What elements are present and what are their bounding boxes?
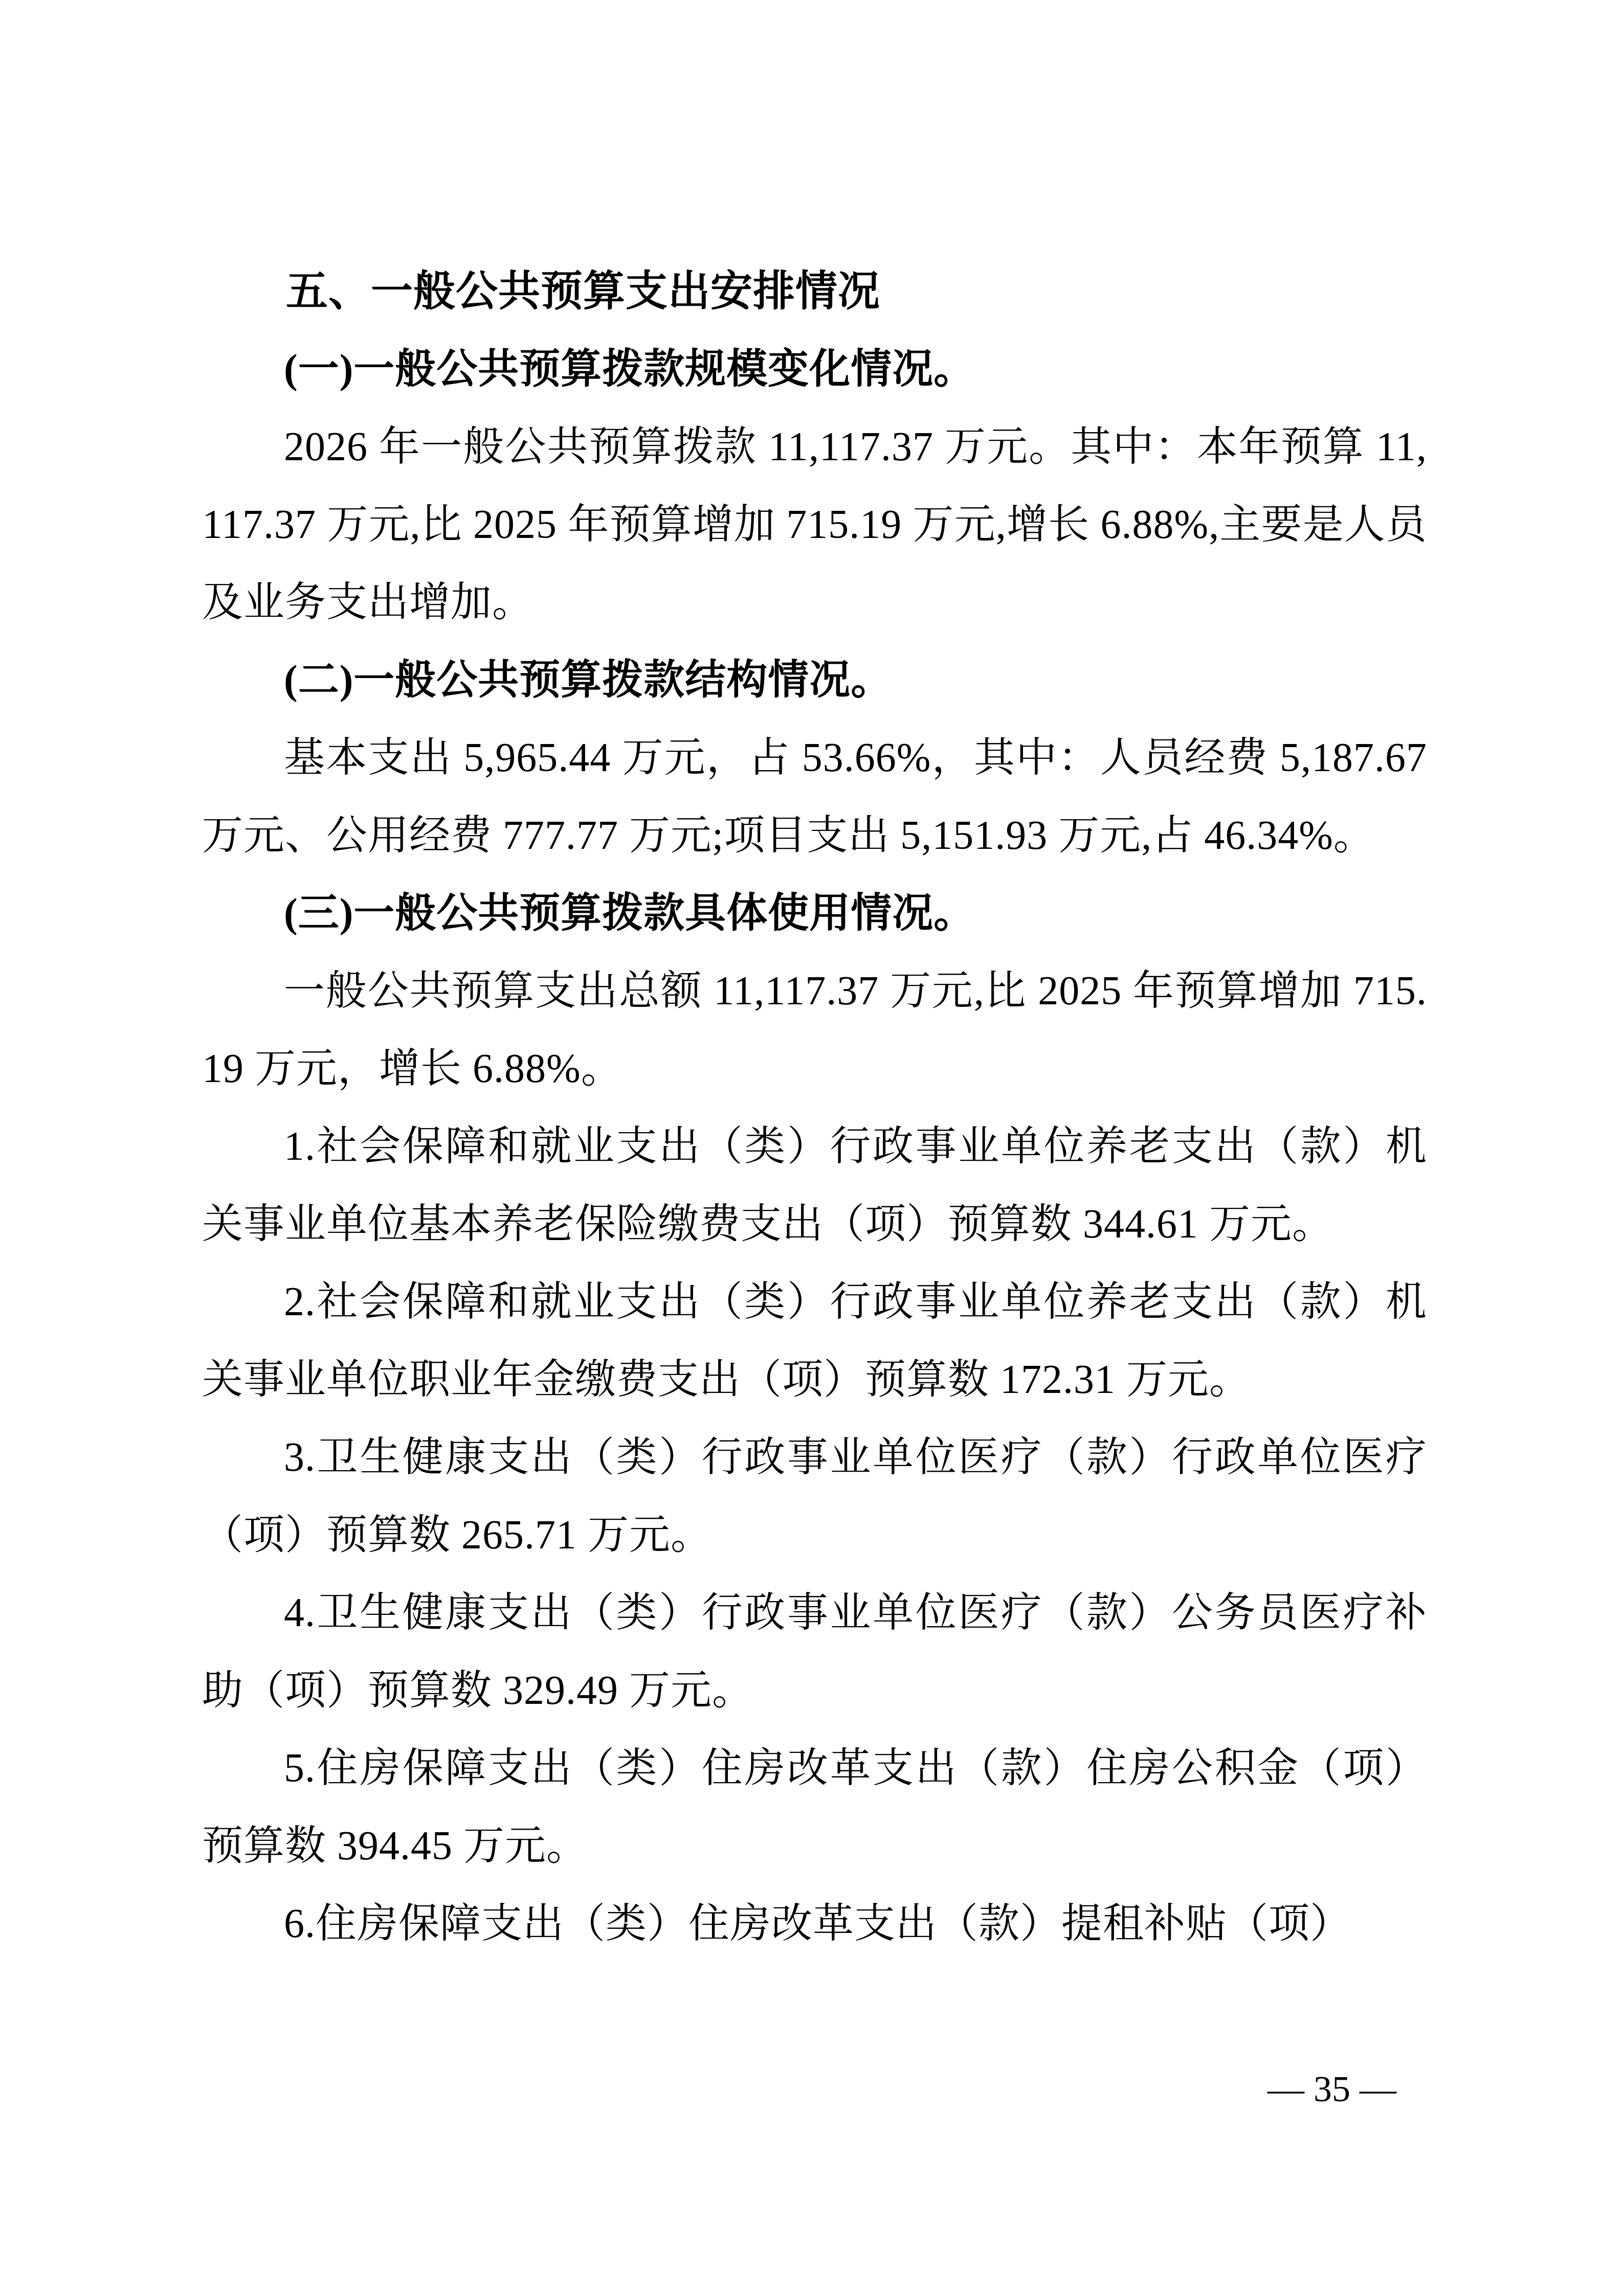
paragraph-item-5: 5.住房保障支出（类）住房改革支出（款）住房公积金（项）预算数 394.45 万… (202, 1729, 1427, 1885)
paragraph-item-6: 6.住房保障支出（类）住房改革支出（款）提租补贴（项） (202, 1885, 1427, 1963)
paragraph-item-4: 4.卫生健康支出（类）行政事业单位医疗（款）公务员医疗补助（项）预算数 329.… (202, 1574, 1427, 1729)
paragraph-item-3: 3.卫生健康支出（类）行政事业单位医疗（款）行政单位医疗（项）预算数 265.7… (202, 1419, 1427, 1574)
paragraph-item-2: 2.社会保障和就业支出（类）行政事业单位养老支出（款）机关事业单位职业年金缴费支… (202, 1263, 1427, 1419)
subsection-heading-3: (三)一般公共预算拨款具体使用情况。 (202, 874, 1427, 952)
section-heading: 五、一般公共预算支出安排情况 (202, 253, 1427, 330)
paragraph-scale-change: 2026 年一般公共预算拨款 11,117.37 万元。其中：本年预算 11,1… (202, 408, 1427, 641)
subsection-heading-2: (二)一般公共预算拨款结构情况。 (202, 641, 1427, 719)
paragraph-structure: 基本支出 5,965.44 万元，占 53.66%，其中：人员经费 5,187.… (202, 719, 1427, 874)
page-number: — 35 — (1267, 2061, 1396, 2117)
document-page: 五、一般公共预算支出安排情况 (一)一般公共预算拨款规模变化情况。 2026 年… (0, 0, 1624, 2296)
paragraph-total-spending: 一般公共预算支出总额 11,117.37 万元,比 2025 年预算增加 715… (202, 952, 1427, 1108)
document-body: 五、一般公共预算支出安排情况 (一)一般公共预算拨款规模变化情况。 2026 年… (202, 253, 1427, 1963)
paragraph-item-1: 1.社会保障和就业支出（类）行政事业单位养老支出（款）机关事业单位基本养老保险缴… (202, 1108, 1427, 1263)
subsection-heading-1: (一)一般公共预算拨款规模变化情况。 (202, 330, 1427, 408)
